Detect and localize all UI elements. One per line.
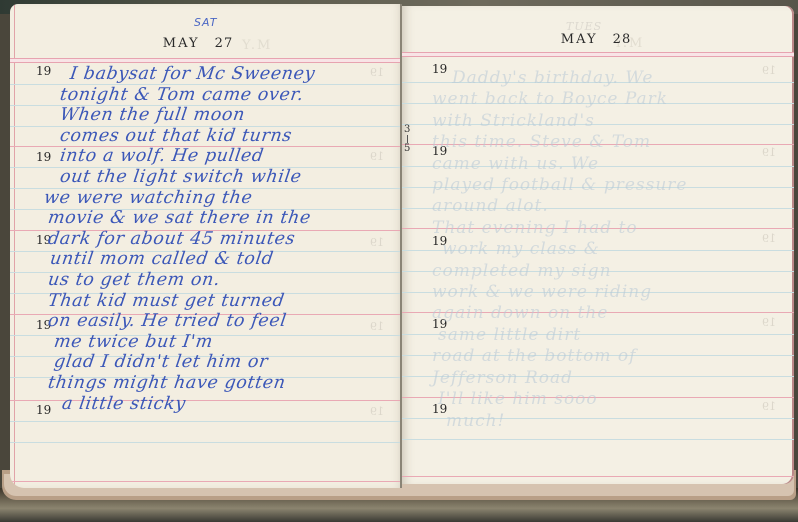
entry-line: things might have gotten — [27, 373, 402, 394]
gutter-mark-bottom: 5 — [404, 143, 410, 154]
entry-line: a little sticky — [27, 394, 402, 415]
month-label: MAY — [163, 36, 200, 51]
bleed-line: this time. Steve & Tom — [432, 132, 782, 153]
bleed-through-entry: Daddy's birthday. We went back to Boyce … — [432, 68, 782, 432]
entry-line: us to get them on. — [27, 270, 402, 291]
gutter-mark-top: 3 — [404, 124, 410, 135]
handwritten-day-note: SAT — [194, 16, 217, 29]
bleed-line: came with us. We — [432, 154, 782, 175]
month-label: MAY — [561, 32, 598, 47]
handwritten-entry: I babysat for Mc Sweeney tonight & Tom c… — [28, 64, 400, 414]
bleed-line: Jefferson Road — [432, 368, 782, 389]
bleed-line: completed my sign — [432, 261, 782, 282]
ruled-line — [10, 421, 402, 422]
date-header: MAY 28 — [402, 32, 792, 47]
bleed-line: again down on the — [432, 303, 782, 324]
entry-line: tonight & Tom came over. — [27, 85, 402, 106]
right-page: TUES Y.M MAY 28 19 19 19 19 19 19 19 19 … — [402, 6, 794, 484]
day-label: 28 — [613, 32, 632, 47]
entry-line: When the full moon — [27, 105, 402, 126]
bleed-line: Daddy's birthday. We — [432, 68, 782, 89]
header-rule — [10, 58, 402, 63]
bleed-line: much! — [432, 411, 782, 432]
gutter-signature-mark: 3 5 — [404, 124, 410, 154]
entry-line: me twice but I'm — [27, 332, 402, 353]
entry-line: until mom called & told — [27, 249, 402, 270]
book-gutter — [400, 4, 402, 488]
ruled-line — [10, 442, 402, 443]
entry-line: dark for about 45 minutes — [27, 229, 402, 250]
bleed-line: around alot. — [432, 196, 782, 217]
bleed-line: I'll like him sooo — [432, 389, 782, 410]
bleed-line: work & we were riding — [432, 282, 782, 303]
bleed-line: same little dirt — [432, 325, 782, 346]
entry-line: movie & we sat there in the — [27, 208, 402, 229]
ruled-line — [402, 439, 794, 440]
header-rule — [402, 52, 794, 57]
entry-line: I babysat for Mc Sweeney — [27, 64, 402, 85]
bleed-line: work my class & — [432, 239, 782, 260]
entry-line: into a wolf. He pulled — [27, 146, 402, 167]
bleed-line: played football & pressure — [432, 175, 782, 196]
entry-line: we were watching the — [27, 188, 402, 209]
bottom-rule — [10, 481, 402, 482]
bleed-line: went back to Boyce Park — [432, 89, 782, 110]
entry-line: That kid must get turned — [27, 291, 402, 312]
bottom-rule — [402, 476, 794, 477]
entry-line: glad I didn't let him or — [27, 352, 402, 373]
bleed-line: with Strickland's — [432, 111, 782, 132]
left-page: SAT Y.M MAY 27 19 19 19 19 19 19 19 19 1… — [10, 4, 402, 488]
entry-line: out the light switch while — [27, 167, 402, 188]
bleed-line: road at the bottom of — [432, 346, 782, 367]
entry-line: on easily. He tried to feel — [27, 311, 402, 332]
gutter-mark-divider — [407, 135, 408, 143]
day-label: 27 — [215, 36, 234, 51]
date-header: MAY 27 — [10, 36, 394, 51]
left-margin-line — [14, 4, 15, 488]
entry-line: comes out that kid turns — [27, 126, 402, 147]
bleed-line: That evening I had to — [432, 218, 782, 239]
